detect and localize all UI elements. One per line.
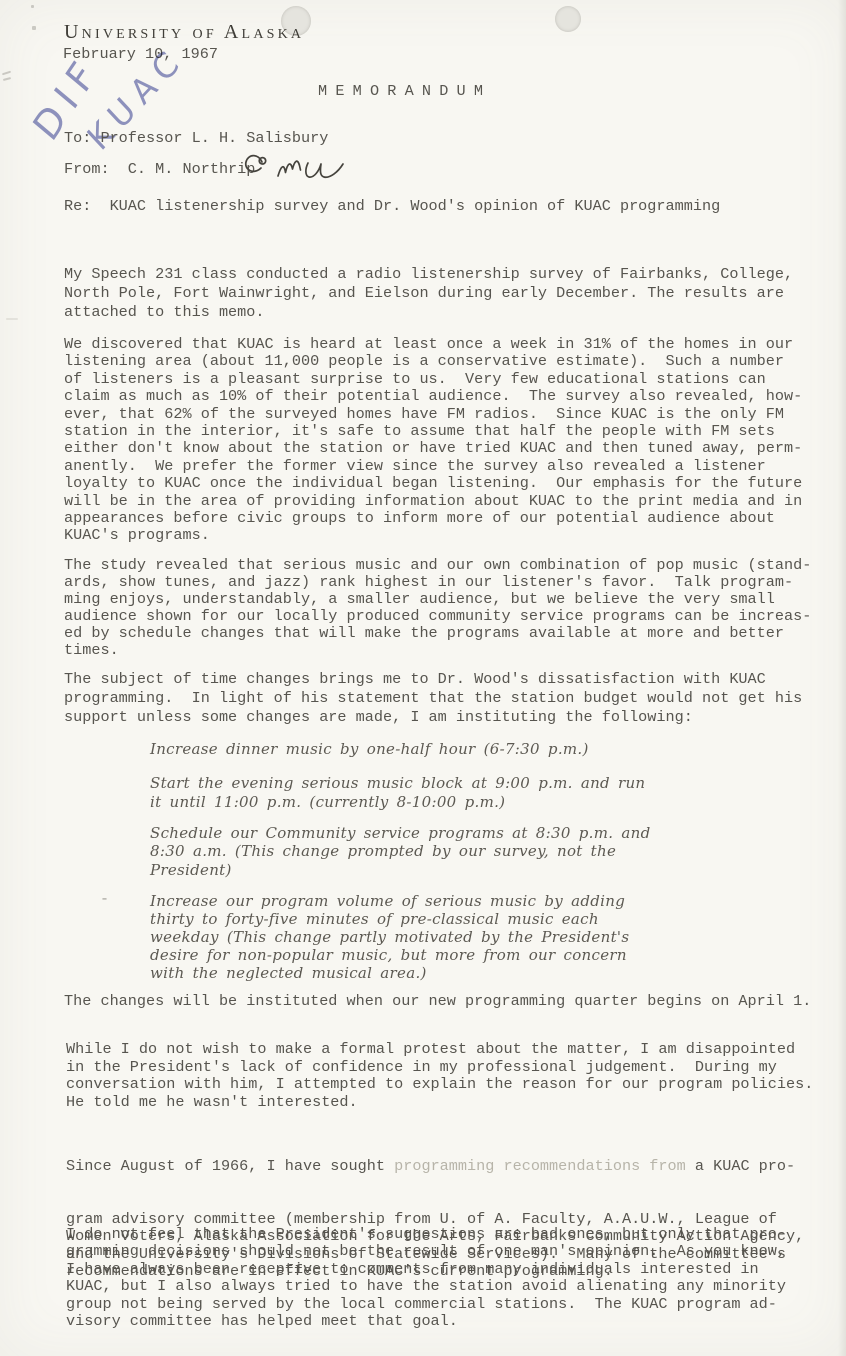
memo-paragraph-study: The study revealed that serious music an… <box>64 557 811 658</box>
memo-paragraph-time-changes: The subject of time changes brings me to… <box>64 670 802 727</box>
memo-title: MEMORANDUM <box>318 82 491 100</box>
letterhead: University of Alaska <box>64 21 304 44</box>
advisory-committee-line-1: Since August of 1966, I have sought prog… <box>66 1158 804 1176</box>
scan-speck <box>2 71 11 76</box>
since-august-text: Since August of 1966, I have sought <box>66 1157 394 1175</box>
kuac-program-text: a KUAC pro- <box>686 1157 795 1175</box>
margin-tick-mark: - <box>100 891 113 908</box>
scan-speck <box>32 26 36 30</box>
faded-ink-text: programming recommendations from <box>394 1157 686 1175</box>
schedule-item-community-service: Schedule our Community service programs … <box>150 824 651 879</box>
memo-paragraph-protest: While I do not wish to make a formal pro… <box>66 1041 813 1111</box>
scan-speck <box>3 77 11 81</box>
memo-paragraph-suggestions: I do not feel that the President's sugge… <box>66 1226 786 1330</box>
memo-paragraph-survey: My Speech 231 class conducted a radio li… <box>64 265 793 322</box>
schedule-item-serious-music-volume: Increase our program volume of serious m… <box>150 893 629 983</box>
scan-speck <box>31 5 34 8</box>
scan-speck <box>6 318 18 320</box>
memo-paragraph-findings: We discovered that KUAC is heard at leas… <box>64 336 802 545</box>
memo-document: University of Alaska February 10, 1967 D… <box>0 0 846 1356</box>
schedule-item-dinner-music: Increase dinner music by one-half hour (… <box>150 740 589 759</box>
re-line: Re: KUAC listenership survey and Dr. Woo… <box>64 197 720 215</box>
hole-punch-right <box>555 6 581 32</box>
memo-line-changes-instituted: The changes will be instituted when our … <box>64 992 811 1010</box>
schedule-item-evening-music: Start the evening serious music block at… <box>150 774 645 811</box>
to-line: To: Professor L. H. Salisbury <box>64 129 328 147</box>
signature-initials-scrawl <box>242 150 360 190</box>
from-line: From: C. M. Northrip <box>64 160 255 178</box>
